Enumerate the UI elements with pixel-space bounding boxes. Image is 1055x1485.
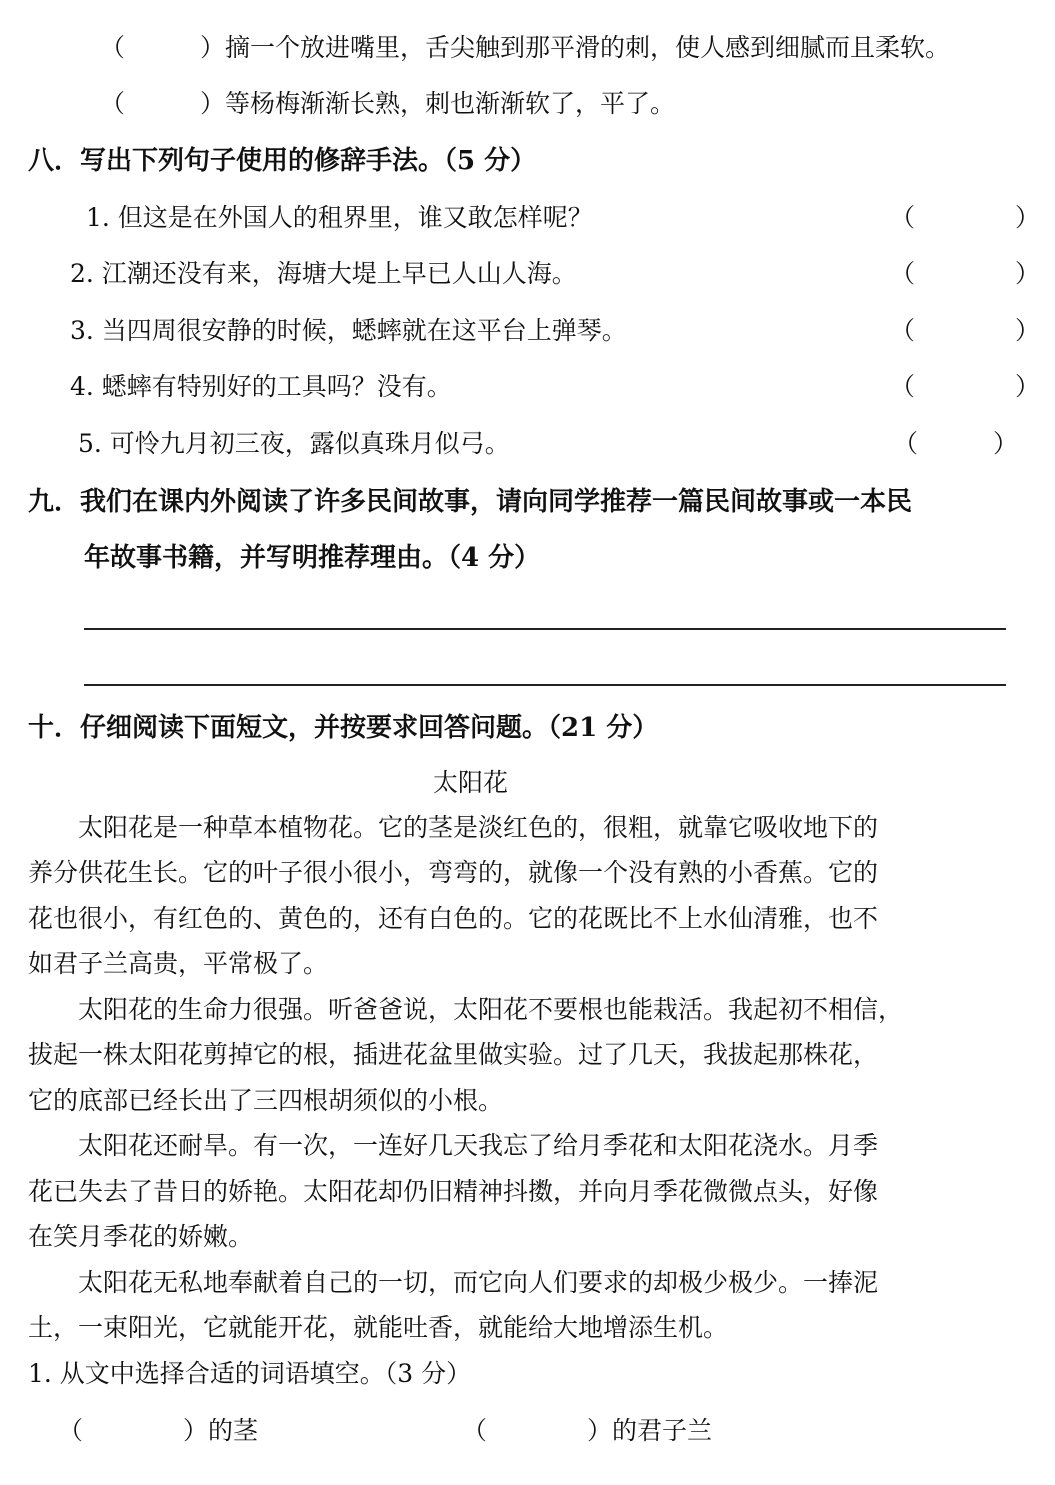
section-9-heading-line2: 年故事书籍，并写明推荐理由。（4 分） bbox=[84, 543, 540, 573]
fill-item: （ ）等杨梅渐渐长熟，刺也渐渐软了，平了。 bbox=[100, 89, 675, 119]
rhetoric-item-5: 5. 可怜九月初三夜，露似真珠月似弓。 bbox=[78, 429, 510, 459]
passage-line: 花也很小，有红色的、黄色的，还有白色的。它的花既比不上水仙清雅，也不 bbox=[28, 904, 878, 934]
rhetoric-item-2: 2. 江潮还没有来，海塘大堤上早已人山人海。 bbox=[70, 259, 577, 289]
passage-title: 太阳花 bbox=[433, 768, 508, 798]
answer-blank[interactable]: （ ） bbox=[890, 316, 1040, 346]
passage-line: 养分供花生长。它的叶子很小很小，弯弯的，就像一个没有熟的小香蕉。它的 bbox=[28, 858, 878, 888]
answer-blank[interactable]: （ ） bbox=[100, 89, 225, 118]
section-8-heading: 八．写出下列句子使用的修辞手法。（5 分） bbox=[28, 146, 536, 176]
fill-blank-junzilan[interactable]: （ ）的君子兰 bbox=[462, 1416, 712, 1446]
answer-blank[interactable]: （ ） bbox=[100, 33, 225, 62]
section-9-heading-line1: 九．我们在课内外阅读了许多民间故事，请向同学推荐一篇民间故事或一本民 bbox=[28, 487, 912, 517]
question-1-prompt: 1. 从文中选择合适的词语填空。（3 分） bbox=[28, 1359, 471, 1389]
passage-line: 太阳花是一种草本植物花。它的茎是淡红色的，很粗，就靠它吸收地下的 bbox=[28, 813, 878, 843]
answer-line-1[interactable] bbox=[84, 628, 1006, 630]
rhetoric-item-1: 1. 但这是在外国人的租界里，谁又敢怎样呢？ bbox=[86, 203, 593, 233]
passage-line: 拔起一株太阳花剪掉它的根，插进花盆里做实验。过了几天，我拔起那株花， bbox=[28, 1040, 878, 1070]
rhetoric-item-3: 3. 当四周很安静的时候，蟋蟀就在这平台上弹琴。 bbox=[70, 316, 627, 346]
section-10-heading: 十．仔细阅读下面短文，并按要求回答问题。（21 分） bbox=[28, 713, 658, 743]
passage-line: 如君子兰高贵，平常极了。 bbox=[28, 949, 328, 979]
answer-blank[interactable]: （ ） bbox=[890, 259, 1040, 289]
answer-blank[interactable]: （ ） bbox=[890, 203, 1040, 233]
passage-line: 在笑月季花的娇嫩。 bbox=[28, 1222, 253, 1252]
fill-item: （ ）摘一个放进嘴里，舌尖触到那平滑的刺，使人感到细腻而且柔软。 bbox=[100, 33, 950, 63]
passage-line: 太阳花还耐旱。有一次，一连好几天我忘了给月季花和太阳花浇水。月季 bbox=[28, 1131, 878, 1161]
answer-blank[interactable]: （ ） bbox=[893, 429, 1018, 459]
answer-line-2[interactable] bbox=[84, 684, 1006, 686]
passage-line: 它的底部已经长出了三四根胡须似的小根。 bbox=[28, 1086, 503, 1116]
answer-blank[interactable]: （ ） bbox=[890, 372, 1040, 402]
rhetoric-item-4: 4. 蟋蟀有特别好的工具吗？没有。 bbox=[70, 372, 452, 402]
passage-line: 太阳花无私地奉献着自己的一切，而它向人们要求的却极少极少。一捧泥 bbox=[28, 1268, 878, 1298]
passage-line: 土，一束阳光，它就能开花，就能吐香，就能给大地增添生机。 bbox=[28, 1313, 728, 1343]
passage-line: 太阳花的生命力很强。听爸爸说，太阳花不要根也能栽活。我起初不相信， bbox=[28, 995, 903, 1025]
fill-blank-stem[interactable]: （ ）的茎 bbox=[58, 1416, 258, 1446]
passage-line: 花已失去了昔日的娇艳。太阳花却仍旧精神抖擞，并向月季花微微点头，好像 bbox=[28, 1177, 878, 1207]
